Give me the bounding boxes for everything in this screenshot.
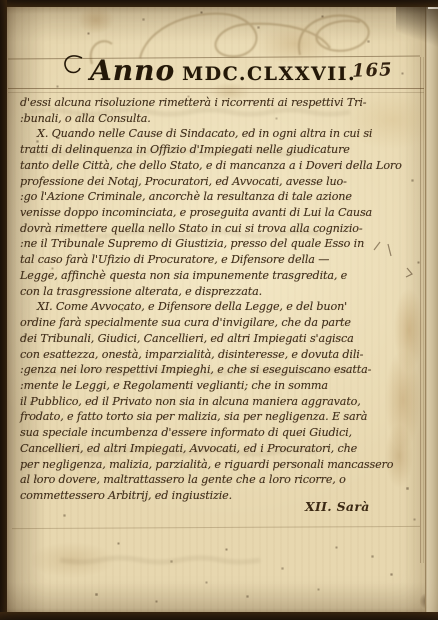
text-line: venisse doppo incominciata, e proseguita… bbox=[20, 205, 424, 221]
text-line: Cancellieri, ed altri Impiegati, Avvocat… bbox=[20, 441, 424, 457]
text-line: d'essi alcuna risoluzione rimetterà i ri… bbox=[20, 95, 424, 111]
manuscript-text-block: d'essi alcuna risoluzione rimetterà i ri… bbox=[20, 95, 424, 504]
text-line: Legge, affinchè questa non sia impunemen… bbox=[20, 268, 424, 284]
text-line: dovrà rimettere quella nello Stato in cu… bbox=[20, 221, 424, 237]
text-line: con esattezza, onestà, imparzialità, dis… bbox=[20, 347, 424, 363]
text-line: :ne il Tribunale Supremo di Giustizia, p… bbox=[20, 236, 424, 252]
manuscript-page: Anno MDC.CLXXVII. 165 d'essi alcuna riso… bbox=[0, 0, 438, 620]
page-number: 165 bbox=[352, 59, 393, 81]
text-line-paragraph-xi: XI. Come Avvocato, e Difensore della Leg… bbox=[20, 299, 424, 315]
text-line: al loro dovere, maltrattassero la gente … bbox=[20, 472, 424, 488]
text-line: tratti di delinquenza in Offizio d'Impie… bbox=[20, 142, 424, 158]
text-line: professione dei Notaj, Procuratori, ed A… bbox=[20, 174, 424, 190]
text-line: tal caso farà l'Ufizio di Procuratore, e… bbox=[20, 252, 424, 268]
text-line: :genza nei loro respettivi Impieghi, e c… bbox=[20, 362, 424, 378]
text-line: dei Tribunali, Giudici, Cancellieri, ed … bbox=[20, 331, 424, 347]
text-line: per negligenza, malizia, parzialità, e r… bbox=[20, 457, 424, 473]
text-line: sua speciale incumbenza d'essere informa… bbox=[20, 425, 424, 441]
page-header: Anno MDC.CLXXVII. bbox=[60, 50, 356, 90]
text-line: :bunali, o alla Consulta. bbox=[20, 111, 424, 127]
header-title-word: Anno bbox=[90, 54, 175, 87]
text-line: frodato, e fatto torto sia per malizia, … bbox=[20, 409, 424, 425]
text-line: con la trasgressione alterata, e disprez… bbox=[20, 284, 424, 300]
header-flourish-icon bbox=[60, 50, 86, 80]
text-line: :mente le Leggi, e Regolamenti veglianti… bbox=[20, 378, 424, 394]
text-line: ordine farà specialmente sua cura d'invi… bbox=[20, 315, 424, 331]
text-line: :go l'Azione Criminale, ancorchè la resu… bbox=[20, 189, 424, 205]
header-title-numerals: MDC.CLXXVII. bbox=[182, 63, 356, 85]
text-line-paragraph-x: X. Quando nelle Cause di Sindacato, ed i… bbox=[20, 126, 424, 142]
text-line: tanto delle Città, che dello Stato, e di… bbox=[20, 158, 424, 174]
catchword: XII. Sarà bbox=[305, 499, 370, 514]
text-line: il Pubblico, ed il Privato non sia in al… bbox=[20, 394, 424, 410]
